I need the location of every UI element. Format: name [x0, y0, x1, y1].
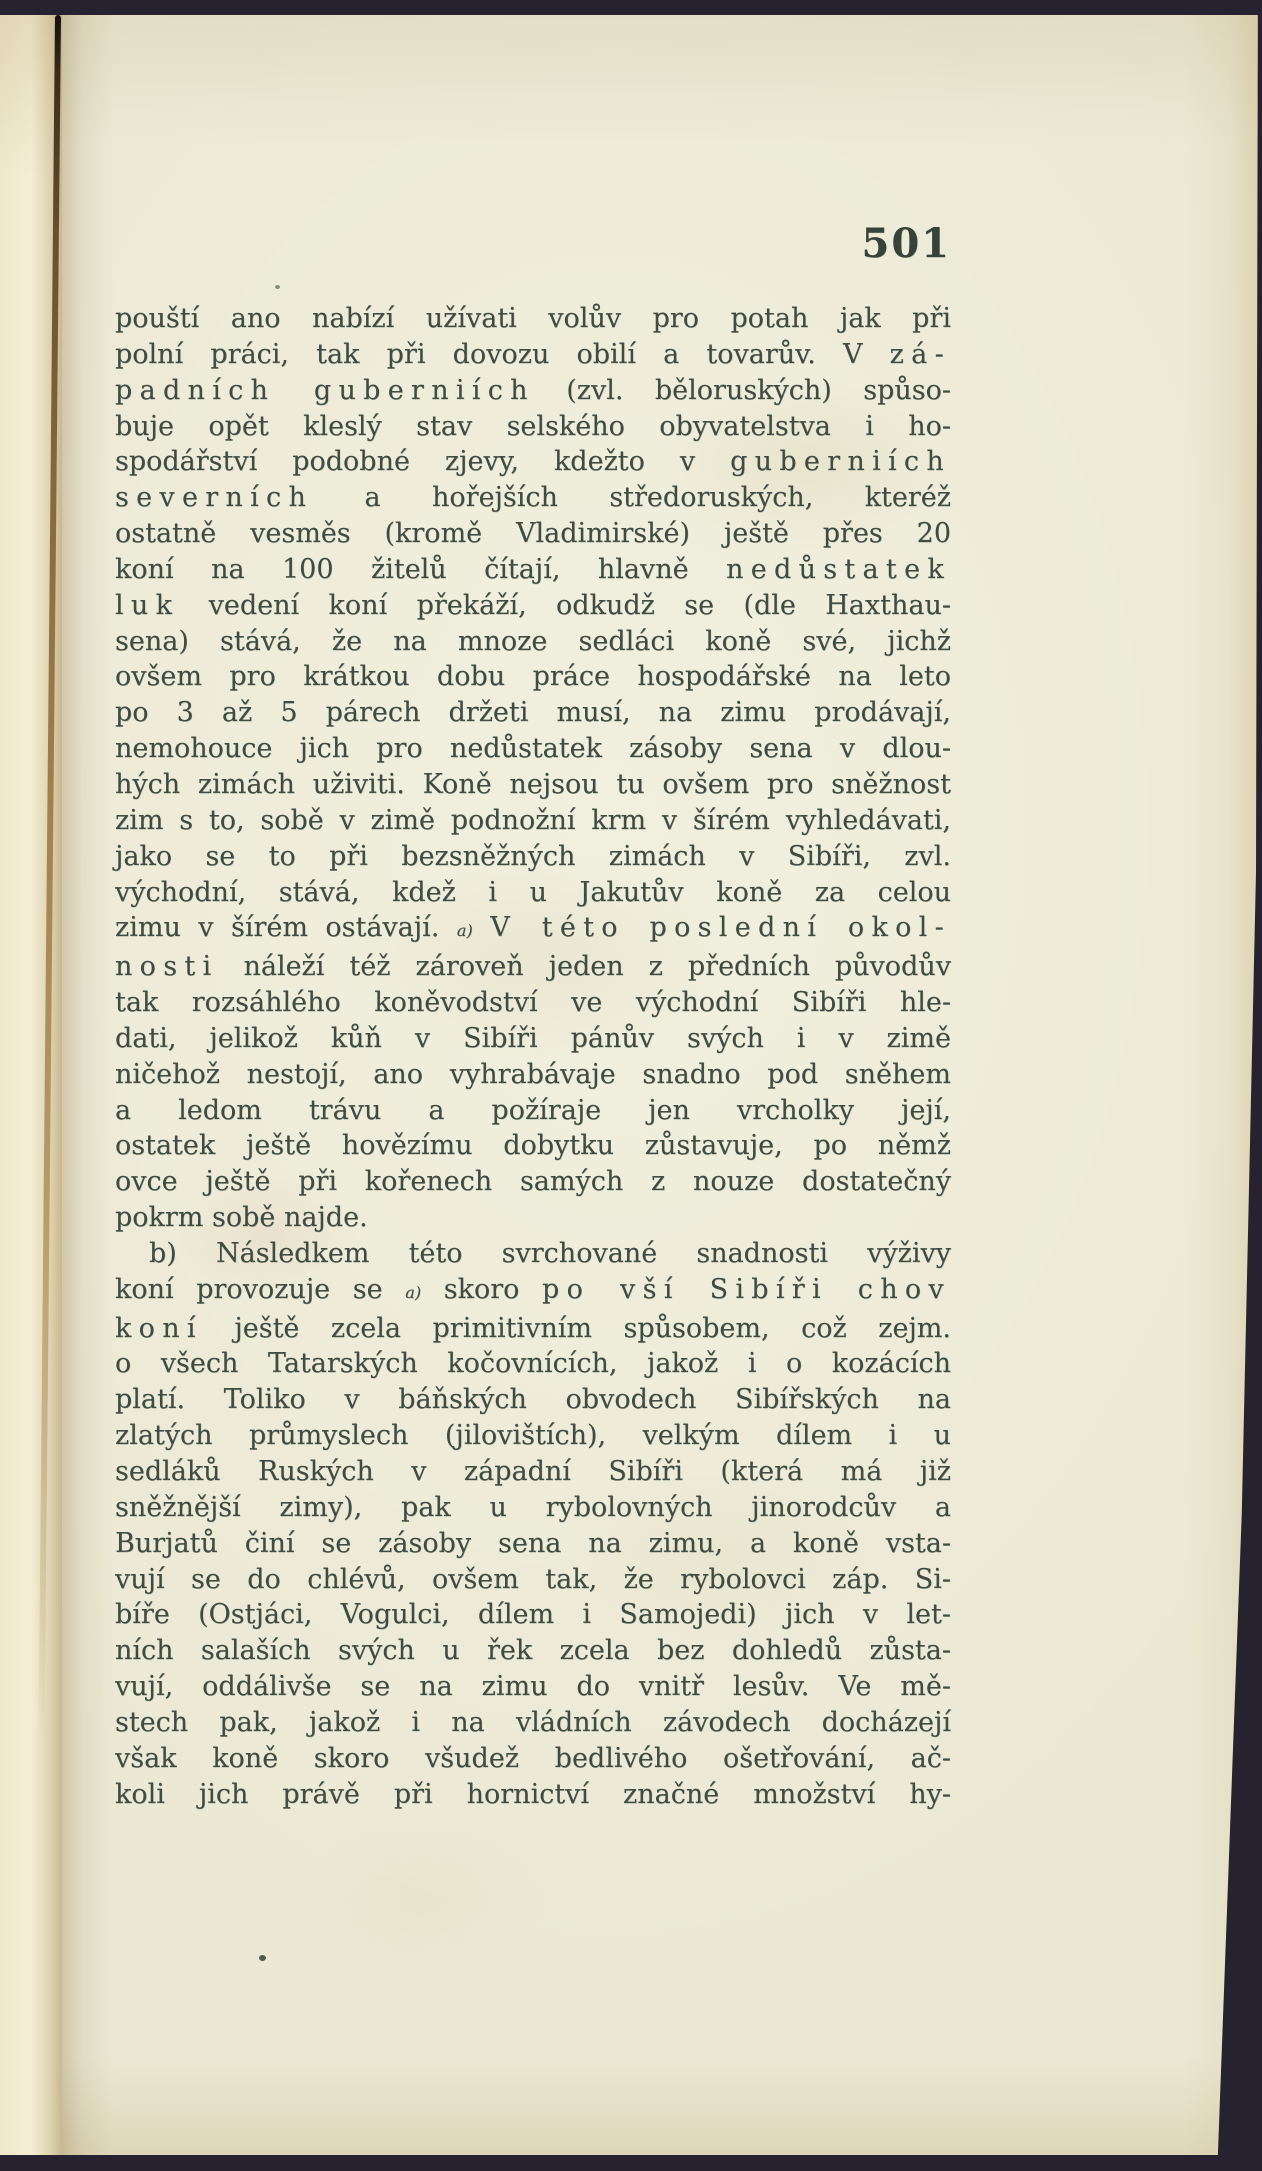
text-line: sněžnější zimy), pak u rybolovných jinor…: [115, 1490, 951, 1526]
text-segment: nosti: [115, 951, 218, 982]
text-segment: vují se do chlévů, ovšem tak, že rybolov…: [115, 1564, 951, 1595]
text-line: jako se to při bezsněžných zimách v Sibí…: [115, 839, 951, 875]
text-segment: skoro: [444, 1274, 520, 1305]
text-line: platí. Toliko v báňských obvodech Sibířs…: [115, 1382, 951, 1418]
text-line: koní provozuje se a) skoro po vší Sibíři…: [115, 1272, 951, 1311]
text-line: vují, oddálivše se na zimu do vnitř lesů…: [115, 1669, 951, 1705]
text-line: ovce ještě při kořenech samých z nouze d…: [115, 1164, 951, 1200]
text-segment: pokrm sobě najde.: [115, 1202, 368, 1233]
text-segment: po 3 až 5 párech držeti musí, na zimu pr…: [115, 697, 951, 728]
text-segment: polní práci, tak při dovozu obilí a tova…: [115, 339, 862, 370]
body-text: pouští ano nabízí užívati volův pro pota…: [115, 301, 951, 1812]
text-line: ostatek ještě hovězímu dobytku zůstavuje…: [115, 1128, 951, 1164]
text-segment: padních guberniích: [115, 375, 535, 406]
text-line: bíře (Ostjáci, Vogulci, dílem i Samojedi…: [115, 1597, 951, 1633]
text-line: dati, jelikož kůň v Sibíři pánův svých i…: [115, 1021, 951, 1057]
text-segment: ostatek ještě hovězímu dobytku zůstavuje…: [115, 1130, 951, 1161]
scan-top-edge: [0, 0, 1262, 15]
text-segment: vují, oddálivše se na zimu do vnitř lesů…: [115, 1671, 951, 1702]
text-segment: koli jich právě při hornictví značné mno…: [115, 1779, 951, 1810]
text-line: severních a hořejších středoruských, kte…: [115, 480, 951, 516]
text-segment: stech pak, jakož i na vládních závodech …: [115, 1707, 951, 1738]
text-line: a ledom trávu a požíraje jen vrcholky je…: [115, 1093, 951, 1129]
text-segment: však koně skoro všudež bedlivého ošetřov…: [115, 1743, 951, 1774]
footnote-marker: a): [405, 1283, 421, 1302]
text-segment: Burjatů činí se zásoby sena na zimu, a k…: [115, 1528, 951, 1559]
text-segment: sedláků Ruských v západní Sibíři (která …: [115, 1456, 951, 1487]
text-segment: severních: [115, 482, 313, 513]
text-line: po 3 až 5 párech držeti musí, na zimu pr…: [115, 695, 951, 731]
text-line: tak rozsáhlého koněvodství ve východní S…: [115, 985, 951, 1021]
text-line: stech pak, jakož i na vládních závodech …: [115, 1705, 951, 1741]
text-line: koní ještě zcela primitivním spůsobem, c…: [115, 1311, 951, 1347]
text-segment: luk: [115, 590, 179, 621]
text-segment: nemohouce jich pro nedůstatek zásoby sen…: [115, 733, 951, 764]
text-line: ostatně vesměs (kromě Vladimirské) ještě…: [115, 516, 951, 552]
text-segment: zim s to, sobě v zimě podnožní krm v šír…: [115, 805, 951, 836]
text-line: hých zimách uživiti. Koně nejsou tu ovše…: [115, 767, 951, 803]
text-segment: východní, stává, kdež i u Jakutův koně z…: [115, 877, 951, 908]
scanned-page: 501 pouští ano nabízí užívati volův pro …: [0, 0, 1262, 2171]
text-segment: zá-: [890, 339, 951, 370]
text-segment: ních salaších svých u řek zcela bez dohl…: [115, 1635, 951, 1666]
text-segment: vedení koní překáží, odkudž se (dle Haxt…: [209, 590, 951, 621]
text-line: pouští ano nabízí užívati volův pro pota…: [115, 301, 951, 337]
text-segment: guberniích: [730, 446, 951, 477]
text-line: zimu v šírém ostávají. a) V této posledn…: [115, 910, 951, 949]
text-line: buje opět kleslý stav selského obyvatels…: [115, 409, 951, 445]
page-number: 501: [115, 220, 951, 267]
text-segment: tak rozsáhlého koněvodství ve východní S…: [115, 987, 951, 1018]
text-line: pokrm sobě najde.: [115, 1200, 951, 1236]
text-line: vují se do chlévů, ovšem tak, že rybolov…: [115, 1562, 951, 1598]
text-segment: ovce ještě při kořenech samých z nouze d…: [115, 1166, 951, 1197]
text-line: však koně skoro všudež bedlivého ošetřov…: [115, 1741, 951, 1777]
text-segment: pouští ano nabízí užívati volův pro pota…: [115, 303, 951, 334]
text-segment: nedůstatek: [726, 554, 951, 585]
text-segment: b) Následkem této svrchované snadnosti v…: [149, 1238, 951, 1269]
text-segment: koní: [115, 1313, 203, 1344]
text-line: sena) stává, že na mnoze sedláci koně sv…: [115, 624, 951, 660]
scan-bottom-edge: [0, 2155, 1262, 2171]
text-segment: (zvl. běloruských) spůso-: [566, 375, 951, 406]
text-line: sedláků Ruských v západní Sibíři (která …: [115, 1454, 951, 1490]
text-line: ničehož nestojí, ano vyhrabávaje snadno …: [115, 1057, 951, 1093]
text-segment: zlatých průmyslech (jilovištích), velkým…: [115, 1420, 951, 1451]
text-segment: ničehož nestojí, ano vyhrabávaje snadno …: [115, 1059, 951, 1090]
text-line: koní na 100 žitelů čítají, hlavně nedůst…: [115, 552, 951, 588]
text-segment: koní provozuje se: [115, 1274, 383, 1305]
text-line: zim s to, sobě v zimě podnožní krm v šír…: [115, 803, 951, 839]
text-segment: platí. Toliko v báňských obvodech Sibířs…: [115, 1384, 951, 1415]
text-line: b) Následkem této svrchované snadnosti v…: [115, 1236, 951, 1272]
text-segment: koní na 100 žitelů čítají, hlavně: [115, 554, 689, 585]
text-segment: ostatně vesměs (kromě Vladimirské) ještě…: [115, 518, 951, 549]
text-segment: bíře (Ostjáci, Vogulci, dílem i Samojedi…: [115, 1599, 951, 1630]
text-line: východní, stává, kdež i u Jakutův koně z…: [115, 875, 951, 911]
text-segment: o všech Tatarských kočovnících, jakož i …: [115, 1348, 951, 1379]
text-segment: sněžnější zimy), pak u rybolovných jinor…: [115, 1492, 951, 1523]
text-line: o všech Tatarských kočovnících, jakož i …: [115, 1346, 951, 1382]
text-segment: sena) stává, že na mnoze sedláci koně sv…: [115, 626, 951, 657]
text-segment: V této poslední okol-: [490, 912, 951, 943]
text-line: padních guberniích (zvl. běloruských) sp…: [115, 373, 951, 409]
text-segment: a ledom trávu a požíraje jen vrcholky je…: [115, 1095, 951, 1126]
footnote-marker: a): [457, 921, 473, 940]
text-line: ovšem pro krátkou dobu práce hospodářské…: [115, 659, 951, 695]
text-line: ních salaších svých u řek zcela bez dohl…: [115, 1633, 951, 1669]
text-line: zlatých průmyslech (jilovištích), velkým…: [115, 1418, 951, 1454]
text-line: spodářství podobné zjevy, kdežto v guber…: [115, 444, 951, 480]
text-segment: náleží též zároveň jeden z předních půvo…: [243, 951, 951, 982]
text-segment: a hořejších středoruských, kteréž: [365, 482, 951, 513]
text-segment: ještě zcela primitivním spůsobem, což ze…: [234, 1313, 951, 1344]
text-segment: hých zimách uživiti. Koně nejsou tu ovše…: [115, 769, 951, 800]
text-line: koli jich právě při hornictví značné mno…: [115, 1777, 951, 1813]
text-segment: po vší Sibíři chov: [542, 1274, 951, 1305]
text-line: nosti náleží též zároveň jeden z předníc…: [115, 949, 951, 985]
text-segment: buje opět kleslý stav selského obyvatels…: [115, 411, 951, 442]
text-segment: ovšem pro krátkou dobu práce hospodářské…: [115, 661, 951, 692]
text-segment: jako se to při bezsněžných zimách v Sibí…: [115, 841, 951, 872]
text-line: Burjatů činí se zásoby sena na zimu, a k…: [115, 1526, 951, 1562]
text-segment: spodářství podobné zjevy, kdežto v: [115, 446, 695, 477]
text-segment: dati, jelikož kůň v Sibíři pánův svých i…: [115, 1023, 951, 1054]
text-line: nemohouce jich pro nedůstatek zásoby sen…: [115, 731, 951, 767]
text-line: luk vedení koní překáží, odkudž se (dle …: [115, 588, 951, 624]
text-segment: zimu v šírém ostávají.: [115, 912, 439, 943]
text-line: polní práci, tak při dovozu obilí a tova…: [115, 337, 951, 373]
